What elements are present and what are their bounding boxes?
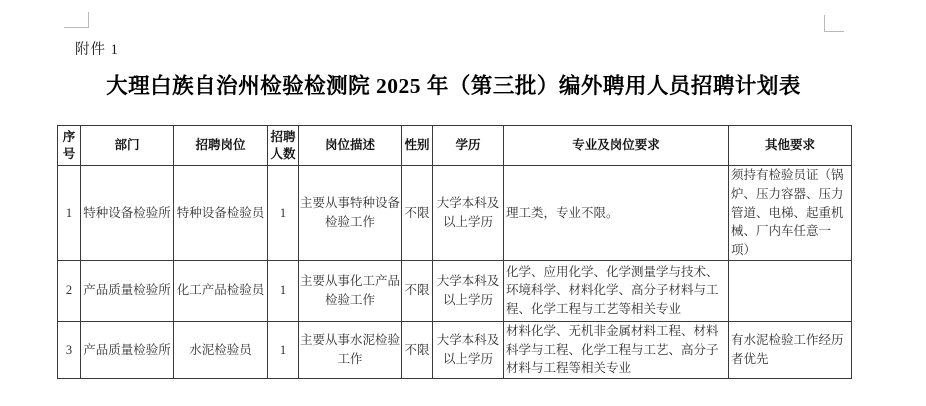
cell-gender: 不限 [402,260,433,321]
cell-gender: 不限 [402,321,433,378]
cell-serial-number: 3 [58,321,81,378]
cell-education: 大学本科及以上学历 [433,321,504,378]
header-position: 招聘岗位 [174,126,268,166]
header-headcount: 招聘人数 [268,126,299,166]
cell-major-requirements: 材料化学、无机非金属材料工程、材料科学与工程、化学工程与工艺、高分子材料与工程等… [504,321,729,378]
cell-job-description: 主要从事特种设备检验工作 [299,166,402,261]
cell-position: 化工产品检验员 [174,260,268,321]
page-corner-mark-top-right [824,15,844,32]
attachment-label: 附件 1 [75,38,119,59]
header-department: 部门 [81,126,174,166]
cell-position: 水泥检验员 [174,321,268,378]
cell-serial-number: 2 [58,260,81,321]
header-other-requirements: 其他要求 [729,126,852,166]
cell-serial-number: 1 [58,166,81,261]
cell-position: 特种设备检验员 [174,166,268,261]
cell-other-requirements [729,260,852,321]
cell-gender: 不限 [402,166,433,261]
header-serial-number: 序号 [58,126,81,166]
header-major-requirements: 专业及岗位要求 [504,126,729,166]
recruitment-plan-table: 序号 部门 招聘岗位 招聘人数 岗位描述 性别 学历 专业及岗位要求 其他要求 … [57,125,852,379]
page-corner-mark-top-left [64,12,89,28]
cell-department: 产品质量检验所 [81,260,174,321]
cell-headcount: 1 [268,166,299,261]
cell-major-requirements: 理工类，专业不限。 [504,166,729,261]
document-title: 大理白族自治州检验检测院 2025 年（第三批）编外聘用人员招聘计划表 [57,69,850,100]
cell-job-description: 主要从事水泥检验工作 [299,321,402,378]
cell-other-requirements: 须持有检验员证（锅炉、压力容器、压力管道、电梯、起重机械、厂内车任意一项） [729,166,852,261]
cell-other-requirements: 有水泥检验工作经历者优先 [729,321,852,378]
cell-department: 产品质量检验所 [81,321,174,378]
cell-education: 大学本科及以上学历 [433,260,504,321]
table-row: 2 产品质量检验所 化工产品检验员 1 主要从事化工产品检验工作 不限 大学本科… [58,260,852,321]
header-job-description: 岗位描述 [299,126,402,166]
header-education: 学历 [433,126,504,166]
cell-headcount: 1 [268,321,299,378]
cell-major-requirements: 化学、应用化学、化学测量学与技术、环境科学、材料化学、高分子材料与工程、化学工程… [504,260,729,321]
cell-department: 特种设备检验所 [81,166,174,261]
table-row: 3 产品质量检验所 水泥检验员 1 主要从事水泥检验工作 不限 大学本科及以上学… [58,321,852,378]
cell-job-description: 主要从事化工产品检验工作 [299,260,402,321]
table-header-row: 序号 部门 招聘岗位 招聘人数 岗位描述 性别 学历 专业及岗位要求 其他要求 [58,126,852,166]
cell-education: 大学本科及以上学历 [433,166,504,261]
header-gender: 性别 [402,126,433,166]
cell-headcount: 1 [268,260,299,321]
table-row: 1 特种设备检验所 特种设备检验员 1 主要从事特种设备检验工作 不限 大学本科… [58,166,852,261]
